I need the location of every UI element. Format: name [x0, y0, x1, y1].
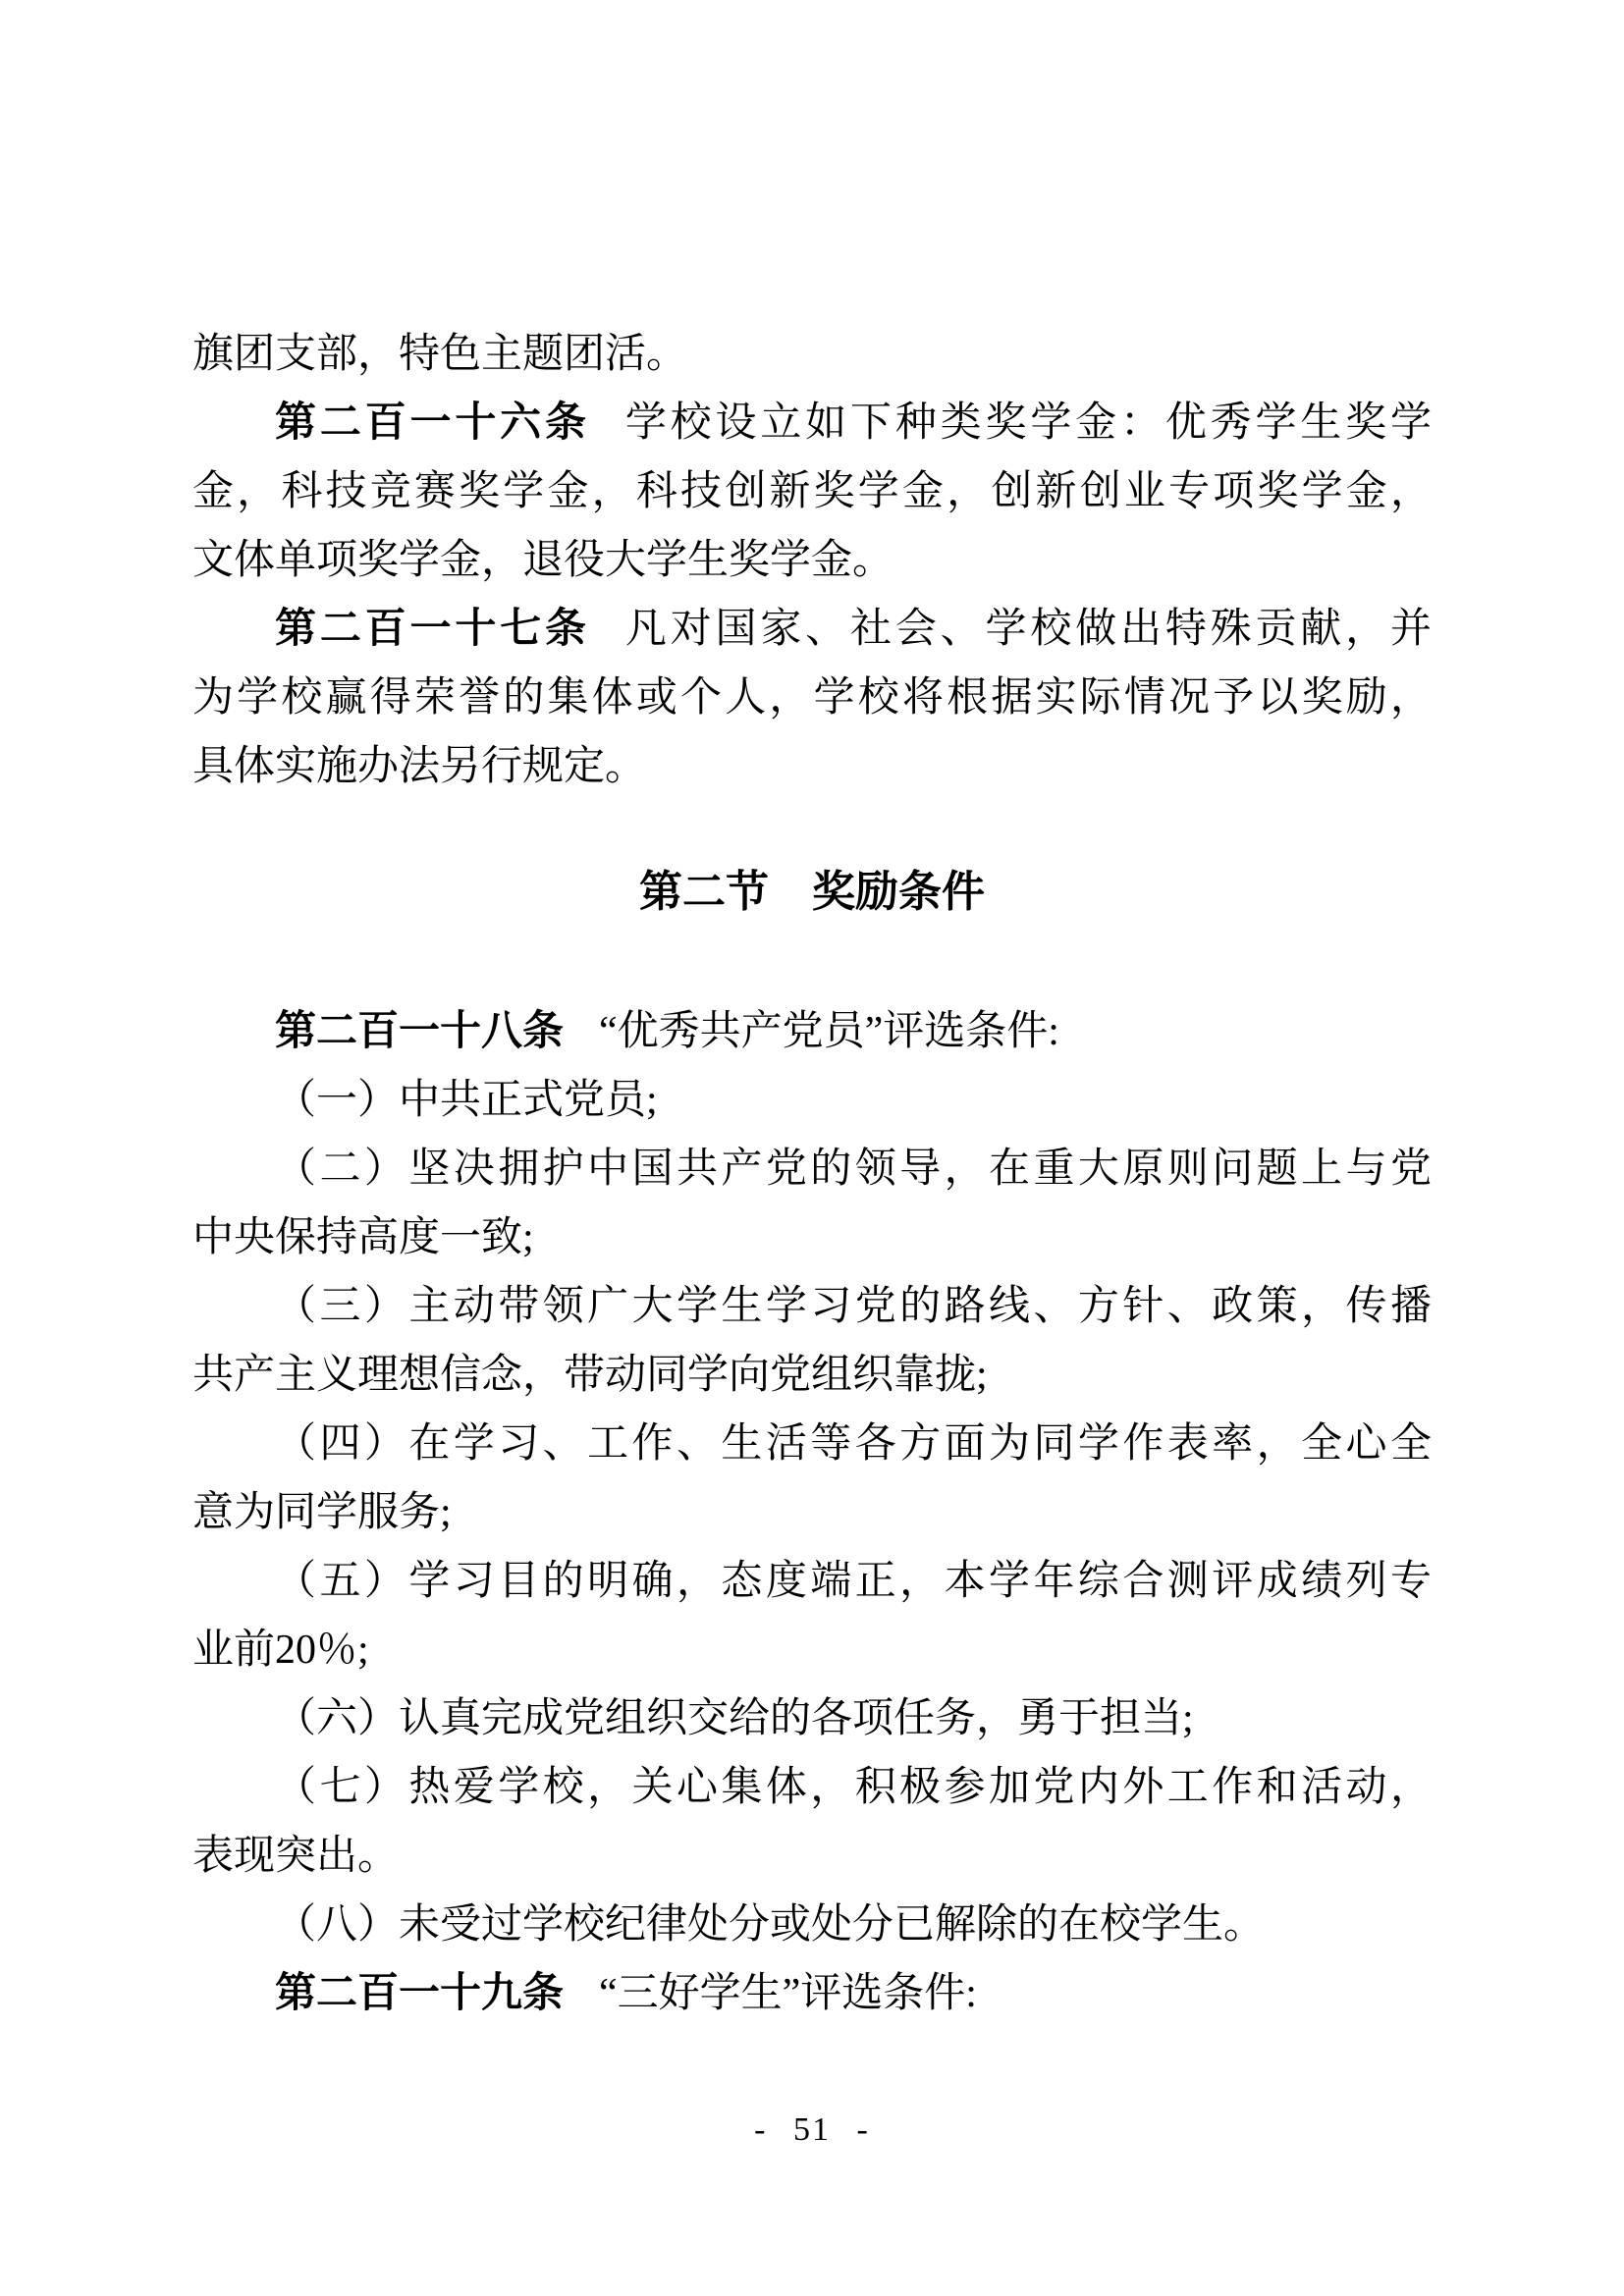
article-218-intro-line: 第二百一十八条“优秀共产党员”评选条件: [192, 997, 1432, 1066]
article-219-intro-text: “三好学生”评选条件: [599, 1971, 977, 2016]
section-title: 奖励条件 [812, 868, 985, 916]
article-218-head: 第二百一十八条 [275, 1009, 564, 1054]
page-number: - 51 - [0, 2109, 1624, 2152]
article-216-line-2: 金，科技竞赛奖学金，科技创新奖学金，创新创业专项奖学金， [192, 457, 1432, 526]
article-218-item-4-line-2: 意为同学服务; [192, 1478, 1432, 1547]
article-216-line-3: 文体单项奖学金，退役大学生奖学金。 [192, 526, 1432, 595]
article-218-item-8: （八）未受过学校纪律处分或处分已解除的在校学生。 [192, 1891, 1432, 1959]
article-218-item-5-line-2: 业前20％; [192, 1616, 1432, 1684]
article-218-item-7-line-2: 表现突出。 [192, 1822, 1432, 1891]
article-218-item-3-line-1: （三）主动带领广大学生学习党的路线、方针、政策，传播 [192, 1272, 1432, 1341]
article-218-item-2-line-2: 中央保持高度一致; [192, 1203, 1432, 1272]
article-218-item-4-line-1: （四）在学习、工作、生活等各方面为同学作表率，全心全 [192, 1410, 1432, 1478]
article-218-item-6: （六）认真完成党组织交给的各项任务，勇于担当; [192, 1684, 1432, 1753]
article-218-item-7-line-1: （七）热爱学校，关心集体，积极参加党内外工作和活动， [192, 1753, 1432, 1822]
article-218-item-2-line-1: （二）坚决拥护中国共产党的领导，在重大原则问题上与党 [192, 1135, 1432, 1203]
article-217-line-3: 具体实施办法另行规定。 [192, 732, 1432, 801]
article-218-item-5-line-1: （五）学习目的明确，态度端正，本学年综合测评成绩列专 [192, 1547, 1432, 1616]
article-219-intro-line: 第二百一十九条“三好学生”评选条件: [192, 1959, 1432, 2028]
article-217-line-2: 为学校赢得荣誉的集体或个人，学校将根据实际情况予以奖励， [192, 664, 1432, 732]
text-column: 旗团支部，特色主题团活。 第二百一十六条学校设立如下种类奖学金：优秀学生奖学 金… [192, 320, 1432, 2028]
document-page: 旗团支部，特色主题团活。 第二百一十六条学校设立如下种类奖学金：优秀学生奖学 金… [0, 0, 1624, 2296]
continuation-line: 旗团支部，特色主题团活。 [192, 320, 1432, 389]
article-216-line-1: 第二百一十六条学校设立如下种类奖学金：优秀学生奖学 [192, 389, 1432, 457]
article-217-text: 凡对国家、社会、学校做出特殊贡献，并 [625, 607, 1432, 652]
article-219-head: 第二百一十九条 [275, 1971, 564, 2016]
article-217-line-1: 第二百一十七条凡对国家、社会、学校做出特殊贡献，并 [192, 595, 1432, 664]
article-218-item-3-line-2: 共产主义理想信念，带动同学向党组织靠拢; [192, 1341, 1432, 1410]
article-218-item-1: （一）中共正式党员; [192, 1066, 1432, 1135]
article-216-text: 学校设立如下种类奖学金：优秀学生奖学 [625, 400, 1432, 446]
section-heading: 第二节奖励条件 [192, 858, 1432, 927]
article-217-head: 第二百一十七条 [275, 607, 590, 652]
article-216-head: 第二百一十六条 [275, 400, 590, 446]
article-218-intro-text: “优秀共产党员”评选条件: [599, 1009, 1059, 1054]
section-number: 第二节 [639, 868, 769, 916]
